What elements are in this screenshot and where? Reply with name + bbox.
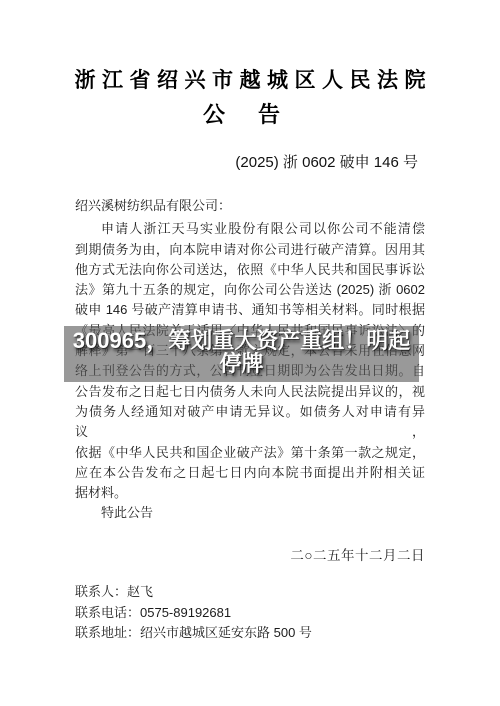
body-line: 据材料。 (75, 483, 425, 503)
contact-block: 联系人：赵飞 联系电话：0575-89192681 联系地址：绍兴市越城区延安东… (75, 582, 312, 644)
contact-phone: 联系电话：0575-89192681 (75, 603, 312, 624)
contact-person: 联系人：赵飞 (75, 582, 312, 603)
body-line: 依据《中华人民共和国企业破产法》第十条第一款之规定， (75, 443, 425, 463)
court-name-heading: 浙江省绍兴市越城区人民法院 (0, 64, 500, 94)
notice-title: 公 告 (0, 98, 483, 129)
body-line: 申请人浙江天马实业股份有限公司以你公司不能清偿 (75, 219, 425, 239)
body-line: 为债务人经通知对破产申请无异议。如债务人对申请有异议， (75, 402, 425, 443)
closing-line: 特此公告 (75, 503, 425, 523)
body-line: 破申 146 号破产清算申请书、通知书等相关材料。同时根据 (75, 300, 425, 320)
case-number: (2025) 浙 0602 破申 146 号 (235, 151, 418, 172)
news-headline-overlay: 300965，筹划重大资产重组！明起 停牌 (64, 326, 419, 382)
notice-page: 浙江省绍兴市越城区人民法院 公 告 (2025) 浙 0602 破申 146 号… (0, 0, 500, 706)
notice-title-char-left: 公 (203, 98, 225, 129)
news-headline-line2: 停牌 (64, 352, 419, 375)
signature-date: 二○二五年十二月二日 (290, 544, 425, 564)
body-line: 公告发布之日起七日内债务人未向人民法院提出异议的，视 (75, 382, 425, 402)
news-headline-line1: 300965，筹划重大资产重组！明起 (64, 329, 419, 352)
contact-address: 联系地址：绍兴市越城区延安东路 500 号 (75, 623, 312, 644)
notice-title-char-right: 告 (258, 98, 280, 129)
body-line: 应在本公告发布之日起七日内向本院书面提出并附相关证 (75, 463, 425, 483)
body-line: 法》第九十五条的规定，向你公司公告送达 (2025) 浙 0602 (75, 280, 425, 300)
body-line: 到期债务为由，向本院申请对你公司进行破产清算。因用其 (75, 240, 425, 260)
recipient-line: 绍兴溪树纺织品有限公司： (75, 196, 425, 216)
body-line: 他方式无法向你公司送达，依照《中华人民共和国民事诉讼 (75, 260, 425, 280)
